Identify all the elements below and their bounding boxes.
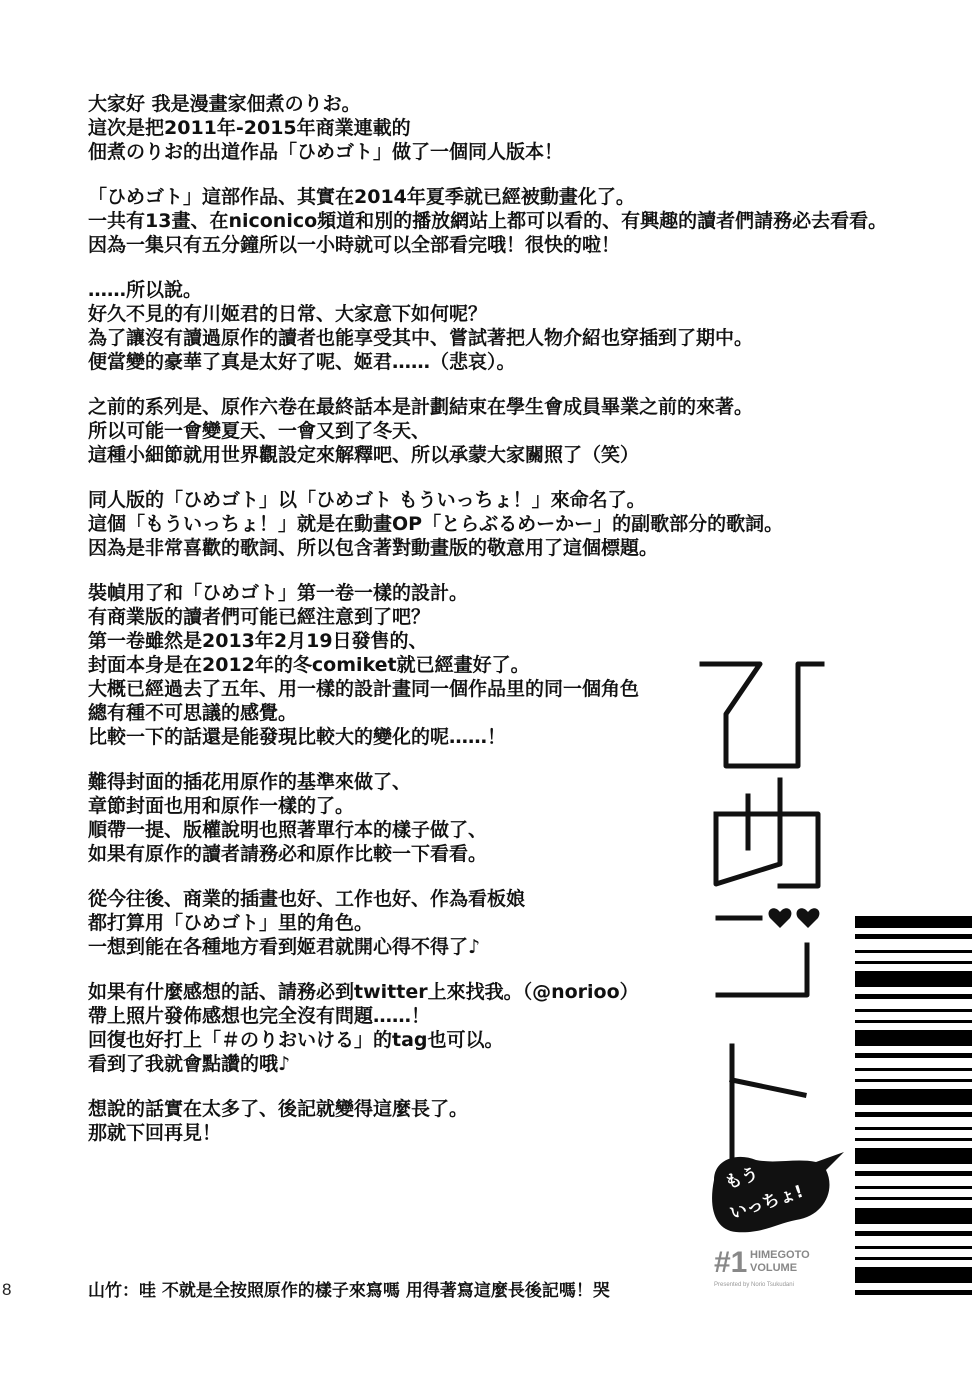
barcode-bar [855, 916, 972, 928]
barcode-bar [855, 1231, 972, 1236]
barcode-bar [855, 1197, 972, 1200]
text-line: 便當變的豪華了真是太好了呢、姬君……（悲哀）。 [88, 350, 888, 374]
barcode-bar [855, 1009, 972, 1012]
text-line: 這次是把2011年-2015年商業連載的 [88, 116, 888, 140]
barcode-bar [855, 1053, 972, 1058]
barcode-bar [855, 961, 972, 964]
text-line: 一共有13畫、在niconico頻道和別的播放網站上都可以看的、有興趣的讀者們請… [88, 209, 888, 233]
barcode-bar [855, 1246, 972, 1249]
barcode-bar [855, 1079, 972, 1082]
barcode-bar [855, 1208, 972, 1224]
presented-by: Presented by Norio Tsukudani [714, 1282, 794, 1288]
barcode-bar [855, 1020, 972, 1023]
text-line: 佃煮のりお的出道作品「ひめゴト」做了一個同人版本！ [88, 140, 888, 164]
barcode-bar [855, 1127, 972, 1130]
barcode-bar [855, 950, 972, 953]
heart-icon [797, 908, 820, 928]
text-line: ……所以說。 [88, 278, 888, 302]
barcode-bar [855, 1148, 972, 1164]
paragraph-1: 大家好 我是漫畫家佃煮のりお。 這次是把2011年-2015年商業連載的 佃煮の… [88, 92, 888, 164]
barcode-bar [855, 1030, 972, 1046]
text-line: 所以可能一會變夏天、一會又到了冬天、 [88, 419, 888, 443]
volume-title-line1: HIMEGOTO [750, 1249, 810, 1261]
barcode-stripes [855, 916, 972, 1298]
translator-footnote: 山竹：哇 不就是全按照原作的樣子來寫嗎 用得著寫這麼長後記嗎！哭 [88, 1280, 610, 1302]
text-line: 為了讓沒有讀過原作的讀者也能享受其中、嘗試著把人物介紹也穿插到了期中。 [88, 326, 888, 350]
paragraph-4: 之前的系列是、原作六卷在最終話本是計劃結束在學生會成員畢業之前的來著。 所以可能… [88, 395, 888, 467]
text-line: 大家好 我是漫畫家佃煮のりお。 [88, 92, 888, 116]
barcode-bar [855, 1138, 972, 1141]
himegoto-logo-icon [680, 640, 880, 1200]
text-line: 好久不見的有川姬君的日常、大家意下如何呢？ [88, 302, 888, 326]
barcode-bar [855, 1186, 972, 1189]
paragraph-3: ……所以說。 好久不見的有川姬君的日常、大家意下如何呢？ 為了讓沒有讀過原作的讀… [88, 278, 888, 374]
barcode-bar [855, 1171, 972, 1176]
volume-title-line2: VOLUME [750, 1262, 797, 1274]
text-line: 「ひめゴト」這部作品、其實在2014年夏季就已經被動畫化了。 [88, 185, 888, 209]
text-line: 因為一集只有五分鐘所以一小時就可以全部看完哦！很快的啦！ [88, 233, 888, 257]
text-line: 裝幀用了和「ひめゴト」第一卷一樣的設計。 [88, 581, 888, 605]
page-number: 8 [2, 1280, 11, 1300]
barcode-bar [855, 994, 972, 999]
heart-icon [769, 908, 792, 928]
text-line: 因為是非常喜歡的歌詞、所以包含著對動畫版的敬意用了這個標題。 [88, 536, 888, 560]
barcode-bar [855, 1068, 972, 1071]
barcode-bar [855, 971, 972, 987]
barcode-bar [855, 934, 972, 939]
mouiccho-bubble: もう いっちょ! [706, 1150, 846, 1235]
barcode-bar [855, 1112, 972, 1117]
barcode-bar [855, 1089, 972, 1105]
paragraph-5: 同人版的「ひめゴト」以「ひめゴト もういっちょ！」來命名了。 這個「もういっちょ… [88, 488, 888, 560]
text-line: 同人版的「ひめゴト」以「ひめゴト もういっちょ！」來命名了。 [88, 488, 888, 512]
barcode-bar [855, 1290, 972, 1295]
volume-title: HIMEGOTO VOLUME [750, 1249, 810, 1275]
text-line: 有商業版的讀者們可能已經注意到了吧？ [88, 605, 888, 629]
barcode-bar [855, 1257, 972, 1260]
barcode-bar [855, 1267, 972, 1283]
text-line: 之前的系列是、原作六卷在最終話本是計劃結束在學生會成員畢業之前的來著。 [88, 395, 888, 419]
paragraph-2: 「ひめゴト」這部作品、其實在2014年夏季就已經被動畫化了。 一共有13畫、在n… [88, 185, 888, 257]
volume-number: #1 [714, 1248, 747, 1278]
text-line: 這個「もういっちょ！」就是在動畫OP「とらぶるめーかー」的副歌部分的歌詞。 [88, 512, 888, 536]
text-line: 這種小細節就用世界觀設定來解釋吧、所以承蒙大家關照了（笑） [88, 443, 888, 467]
